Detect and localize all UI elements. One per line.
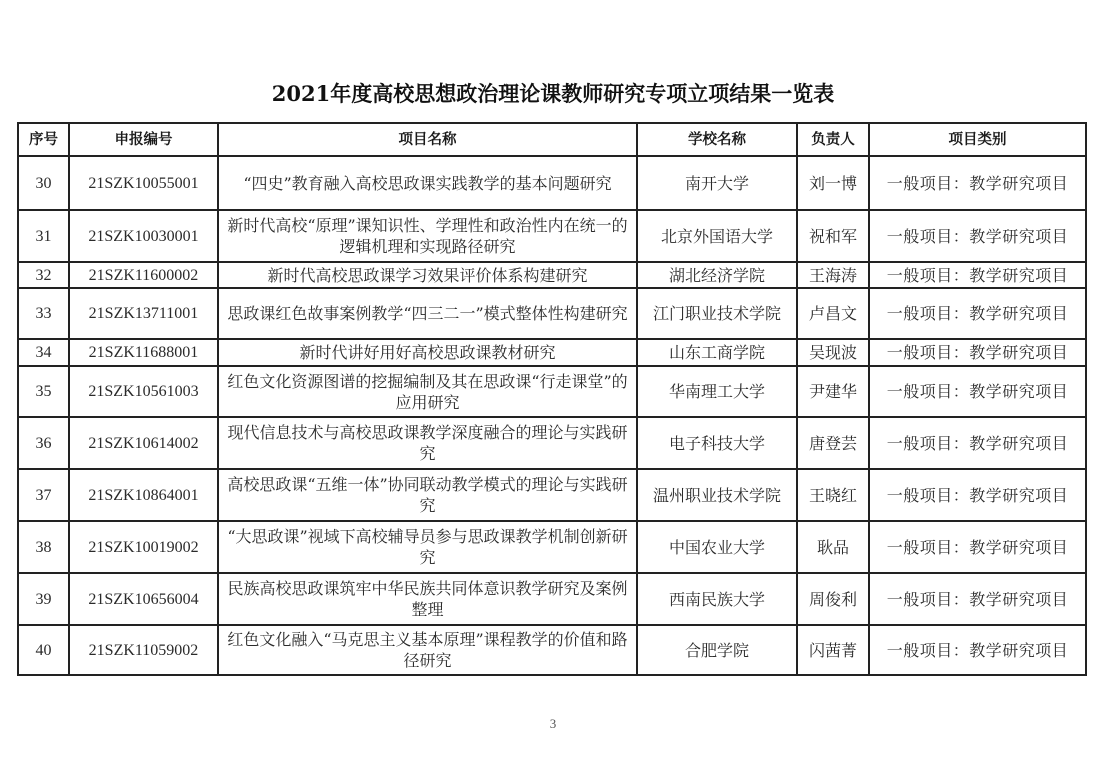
row-project: 红色文化资源图谱的挖掘编制及其在思政课“行走课堂”的应用研究: [218, 366, 637, 417]
row-index: 31: [18, 210, 69, 262]
row-category: 一般项目：教学研究项目: [869, 288, 1086, 339]
row-code: 21SZK10656004: [69, 573, 218, 625]
table-row: 34 21SZK11688001 新时代讲好用好高校思政课教材研究 山东工商学院…: [18, 339, 1086, 366]
column-header-code: 申报编号: [69, 123, 218, 156]
column-header-index: 序号: [18, 123, 69, 156]
row-category: 一般项目：教学研究项目: [869, 156, 1086, 210]
row-category: 一般项目：教学研究项目: [869, 573, 1086, 625]
row-person: 王海涛: [797, 262, 869, 288]
row-school: 温州职业技术学院: [637, 469, 797, 521]
page-number: 3: [0, 716, 1106, 732]
row-project: 红色文化融入“马克思主义基本原理”课程教学的价值和路径研究: [218, 625, 637, 675]
row-school: 中国农业大学: [637, 521, 797, 573]
row-category: 一般项目：教学研究项目: [869, 625, 1086, 675]
row-person: 唐登芸: [797, 417, 869, 469]
row-school: 华南理工大学: [637, 366, 797, 417]
row-project: “大思政课”视域下高校辅导员参与思政课教学机制创新研究: [218, 521, 637, 573]
row-person: 尹建华: [797, 366, 869, 417]
row-code: 21SZK10561003: [69, 366, 218, 417]
row-school: 北京外国语大学: [637, 210, 797, 262]
row-category: 一般项目：教学研究项目: [869, 469, 1086, 521]
results-table: 序号 申报编号 项目名称 学校名称 负责人 项目类别 30 21SZK10055…: [17, 122, 1087, 676]
row-school: 山东工商学院: [637, 339, 797, 366]
row-project: “四史”教育融入高校思政课实践教学的基本问题研究: [218, 156, 637, 210]
row-person: 闪茜菁: [797, 625, 869, 675]
column-header-school: 学校名称: [637, 123, 797, 156]
page-title: 2021年度高校思想政治理论课教师研究专项立项结果一览表: [0, 78, 1106, 108]
table-row: 37 21SZK10864001 高校思政课“五维一体”协同联动教学模式的理论与…: [18, 469, 1086, 521]
row-category: 一般项目：教学研究项目: [869, 521, 1086, 573]
row-category: 一般项目：教学研究项目: [869, 262, 1086, 288]
row-index: 32: [18, 262, 69, 288]
row-index: 35: [18, 366, 69, 417]
row-code: 21SZK10030001: [69, 210, 218, 262]
table-header-row: 序号 申报编号 项目名称 学校名称 负责人 项目类别: [18, 123, 1086, 156]
row-category: 一般项目：教学研究项目: [869, 339, 1086, 366]
row-school: 电子科技大学: [637, 417, 797, 469]
row-person: 祝和军: [797, 210, 869, 262]
row-code: 21SZK11600002: [69, 262, 218, 288]
row-person: 卢昌文: [797, 288, 869, 339]
row-school: 西南民族大学: [637, 573, 797, 625]
row-project: 现代信息技术与高校思政课教学深度融合的理论与实践研究: [218, 417, 637, 469]
row-project: 思政课红色故事案例教学“四三二一”模式整体性构建研究: [218, 288, 637, 339]
row-code: 21SZK10614002: [69, 417, 218, 469]
table-row: 39 21SZK10656004 民族高校思政课筑牢中华民族共同体意识教学研究及…: [18, 573, 1086, 625]
table-row: 35 21SZK10561003 红色文化资源图谱的挖掘编制及其在思政课“行走课…: [18, 366, 1086, 417]
table-row: 32 21SZK11600002 新时代高校思政课学习效果评价体系构建研究 湖北…: [18, 262, 1086, 288]
row-person: 吴现波: [797, 339, 869, 366]
row-person: 周俊利: [797, 573, 869, 625]
row-index: 34: [18, 339, 69, 366]
row-project: 新时代高校“原理”课知识性、学理性和政治性内在统一的逻辑机理和实现路径研究: [218, 210, 637, 262]
table-row: 33 21SZK13711001 思政课红色故事案例教学“四三二一”模式整体性构…: [18, 288, 1086, 339]
row-index: 37: [18, 469, 69, 521]
row-index: 30: [18, 156, 69, 210]
row-code: 21SZK10864001: [69, 469, 218, 521]
row-person: 刘一博: [797, 156, 869, 210]
row-code: 21SZK10019002: [69, 521, 218, 573]
row-code: 21SZK13711001: [69, 288, 218, 339]
column-header-project: 项目名称: [218, 123, 637, 156]
row-school: 南开大学: [637, 156, 797, 210]
table-row: 40 21SZK11059002 红色文化融入“马克思主义基本原理”课程教学的价…: [18, 625, 1086, 675]
row-category: 一般项目：教学研究项目: [869, 210, 1086, 262]
table-row: 30 21SZK10055001 “四史”教育融入高校思政课实践教学的基本问题研…: [18, 156, 1086, 210]
row-school: 江门职业技术学院: [637, 288, 797, 339]
row-code: 21SZK11688001: [69, 339, 218, 366]
table-row: 38 21SZK10019002 “大思政课”视域下高校辅导员参与思政课教学机制…: [18, 521, 1086, 573]
row-index: 36: [18, 417, 69, 469]
row-project: 新时代高校思政课学习效果评价体系构建研究: [218, 262, 637, 288]
table-row: 36 21SZK10614002 现代信息技术与高校思政课教学深度融合的理论与实…: [18, 417, 1086, 469]
row-index: 38: [18, 521, 69, 573]
row-person: 王晓红: [797, 469, 869, 521]
column-header-person: 负责人: [797, 123, 869, 156]
row-index: 39: [18, 573, 69, 625]
row-index: 33: [18, 288, 69, 339]
row-index: 40: [18, 625, 69, 675]
row-code: 21SZK10055001: [69, 156, 218, 210]
row-category: 一般项目：教学研究项目: [869, 366, 1086, 417]
row-code: 21SZK11059002: [69, 625, 218, 675]
column-header-category: 项目类别: [869, 123, 1086, 156]
row-project: 高校思政课“五维一体”协同联动教学模式的理论与实践研究: [218, 469, 637, 521]
table-row: 31 21SZK10030001 新时代高校“原理”课知识性、学理性和政治性内在…: [18, 210, 1086, 262]
row-project: 新时代讲好用好高校思政课教材研究: [218, 339, 637, 366]
row-category: 一般项目：教学研究项目: [869, 417, 1086, 469]
row-person: 耿品: [797, 521, 869, 573]
row-project: 民族高校思政课筑牢中华民族共同体意识教学研究及案例整理: [218, 573, 637, 625]
row-school: 湖北经济学院: [637, 262, 797, 288]
row-school: 合肥学院: [637, 625, 797, 675]
